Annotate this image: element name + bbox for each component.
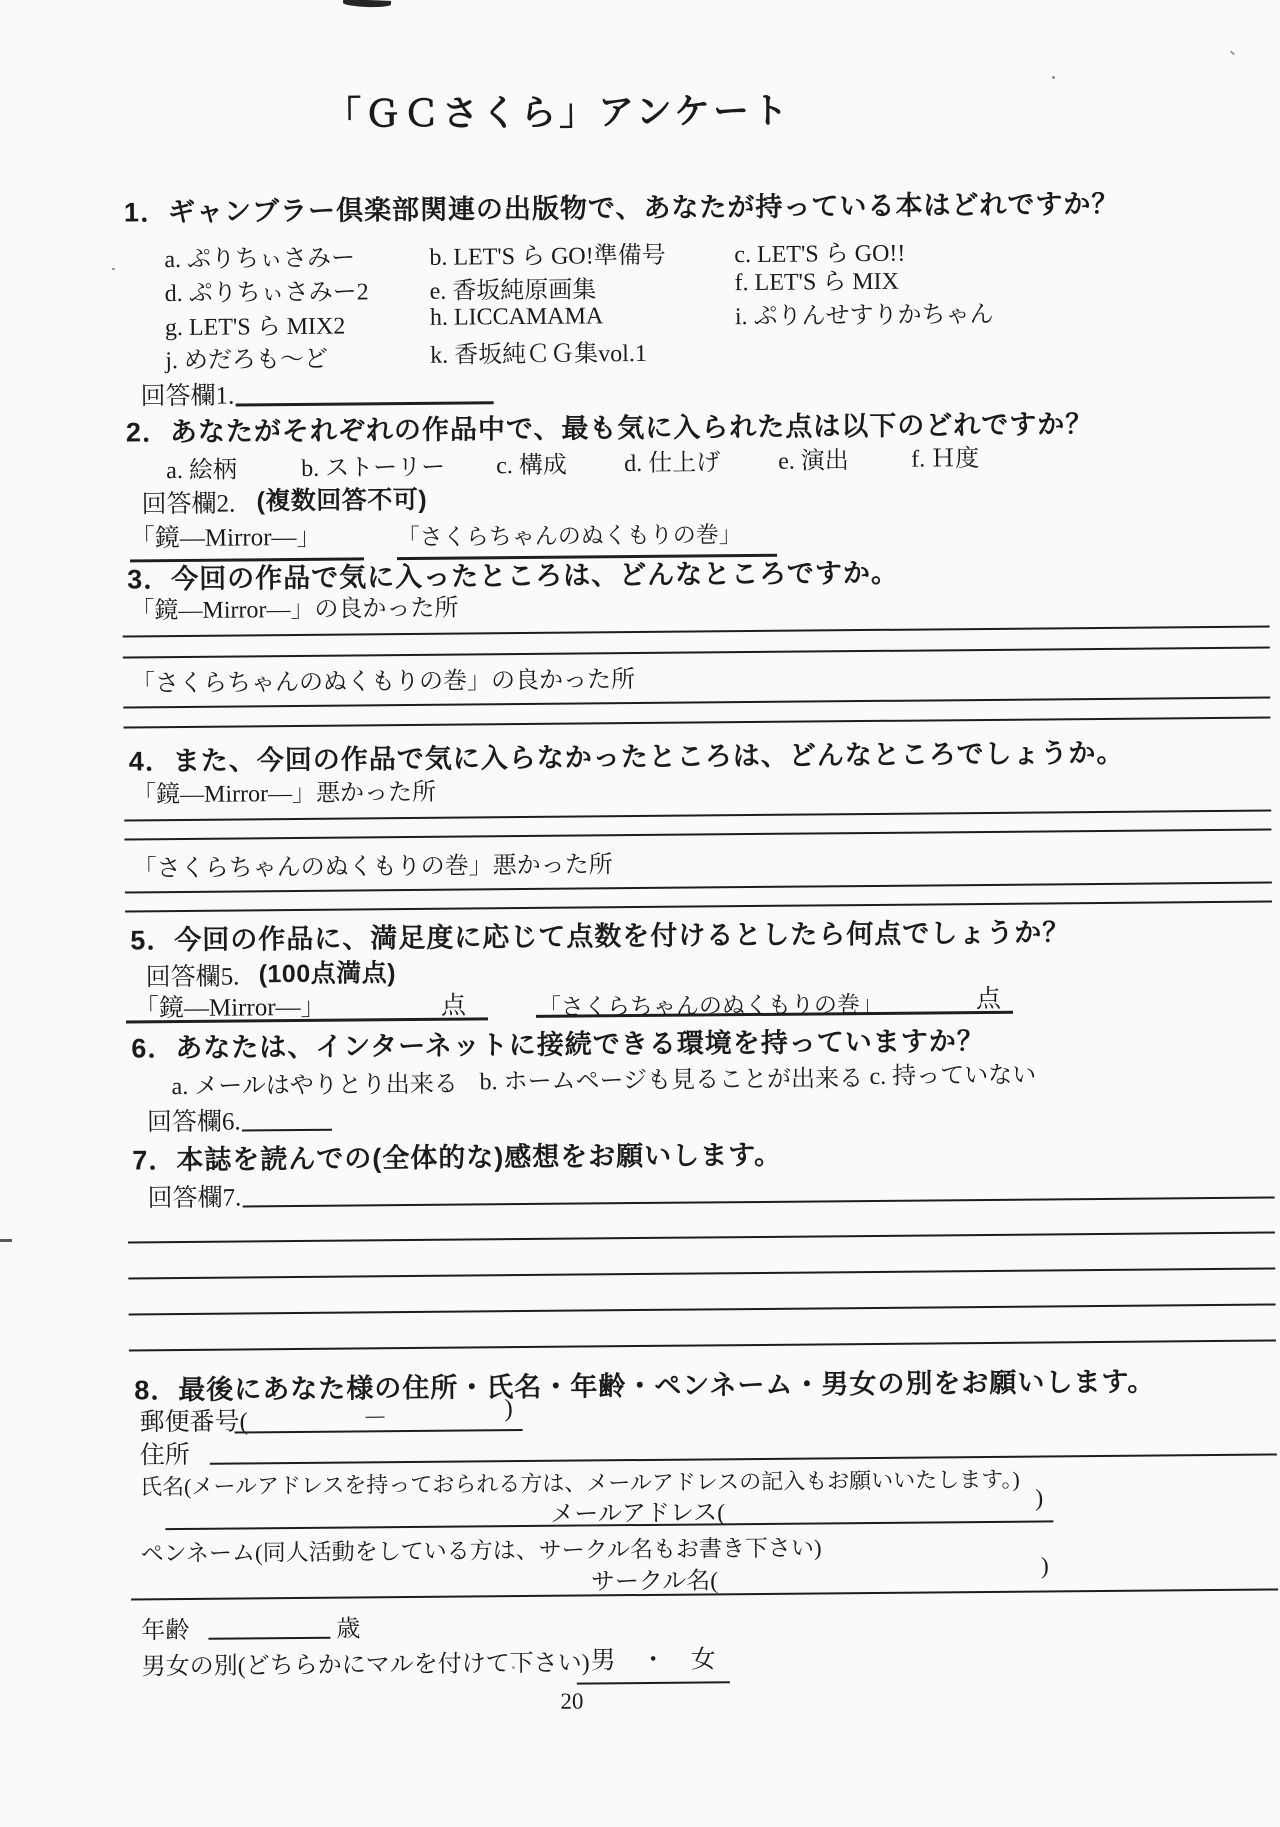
survey-sheet: 「ＧＣさくら」アンケート 1．ギャンブラー倶楽部関連の出版物で、あなたが持ってい… (0, 0, 1280, 1827)
q1-option-h: h. LICCAMAMA (430, 303, 604, 332)
scanned-survey-page: 「ＧＣさくら」アンケート 1．ギャンブラー倶楽部関連の出版物で、あなたが持ってい… (0, 0, 1280, 1827)
q6-option-c: c. 持っていない (869, 1055, 1036, 1091)
question-5-heading: 5．今回の作品に、満足度に応じて点数を付けるとしたら何点でしょうか？ (130, 910, 1070, 957)
age-line (208, 1637, 330, 1640)
postal-code-close-paren: ) (504, 1395, 513, 1423)
ruled-line (128, 1231, 1275, 1243)
q7-answer-label: 回答欄7. (147, 1177, 241, 1214)
q3-field1-label: 「鏡―Mirror―」の良かった所 (130, 596, 458, 625)
q3-field2-label: 「さくらちゃんのぬくもりの巻」の良かった所 (131, 667, 635, 697)
circle-name-close-paren: ) (1041, 1553, 1049, 1580)
q2-answer-label: 回答欄2. (141, 484, 235, 521)
gender-options: 男 ・ 女 (576, 1639, 729, 1684)
q1-answer-label: 回答欄1. (140, 376, 234, 413)
address-label: 住所 (140, 1435, 190, 1471)
q5-points-suffix2: 点 (976, 979, 1001, 1015)
postal-code-dash: － (362, 1398, 387, 1434)
q2-option-c: c. 構成 (496, 445, 567, 481)
ruled-line (124, 828, 1271, 840)
age-suffix: 歳 (336, 1608, 360, 1643)
q1-option-i: i. ぷりんせすりかちゃん (735, 294, 994, 331)
question-1-heading: 1．ギャンブラー倶楽部関連の出版物で、あなたが持っている本はどれですか？ (124, 182, 1120, 230)
q1-option-e: e. 香坂純原画集 (430, 269, 597, 305)
q3-field1-line: 「鏡―Mirror―」の良かった所 (122, 580, 1269, 637)
q1-option-a: a. ぷりちぃさみー (164, 237, 355, 274)
email-close-paren: ) (1035, 1486, 1043, 1513)
address-line (210, 1453, 1277, 1464)
q5-points-suffix1: 点 (441, 986, 466, 1022)
q1-option-k: k. 香坂純ＣＧ集vol.1 (430, 333, 647, 370)
q6-option-b: b. ホームページも見ることが出来る (479, 1058, 863, 1096)
q2-answer-note: (複数回答不可) (256, 480, 427, 517)
q4-field2-label: 「さくらちゃんのぬくもりの巻」悪かった所 (133, 852, 613, 882)
postal-code-label: 郵便番号( (139, 1401, 248, 1438)
ruled-line (129, 1339, 1276, 1351)
page-number: 20 (7, 1684, 1137, 1720)
q2-option-d: d. 仕上げ (624, 442, 720, 478)
q5-answer-note: (100点満点) (258, 953, 396, 990)
ruled-line (128, 1267, 1275, 1279)
q2-option-f: f. Ｈ度 (911, 438, 979, 474)
q6-answer-line (242, 1129, 332, 1132)
gender-label: 男女の別(どちらかにマルを付けて下さい) (141, 1642, 589, 1681)
q3-field2-line: 「さくらちゃんのぬくもりの巻」の良かった所 (123, 653, 1270, 708)
q1-option-g: g. LET'S ら MIX2 (165, 306, 346, 343)
age-label: 年齢 (141, 1610, 189, 1645)
ruled-line (123, 716, 1270, 728)
q4-field1-label: 「鏡―Mirror―」悪かった所 (132, 780, 436, 809)
ruled-line (125, 900, 1272, 912)
q4-field2-line: 「さくらちゃんのぬくもりの巻」悪かった所 (125, 838, 1272, 893)
q1-answer-line (236, 401, 494, 406)
q6-option-a: a. メールはやりとり出来る (171, 1064, 457, 1101)
q1-option-d: d. ぷりちぃさみー2 (165, 271, 369, 308)
q2-option-e: e. 演出 (778, 440, 849, 476)
q6-answer-label: 回答欄6. (147, 1101, 241, 1138)
ruled-line (129, 1303, 1276, 1315)
circle-name-label: サークル名( (591, 1560, 719, 1596)
q1-option-j: j. めだろも～ど (165, 339, 328, 375)
q2-option-b: b. ストーリー (301, 447, 445, 483)
q1-option-f: f. LET'S ら MIX (734, 261, 899, 297)
q1-option-b: b. LET'S ら GO!準備号 (429, 235, 666, 272)
q2-option-a: a. 絵柄 (166, 450, 237, 486)
question-7-heading: 7．本誌を読んでの(全体的な)感想をお願いします。 (132, 1133, 782, 1178)
q7-answer-line (243, 1196, 1275, 1207)
question-8-heading: 8．最後にあなた様の住所・氏名・年齢・ペンネーム・男女の別をお願いします。 (134, 1360, 1155, 1408)
penname-field-note: ペンネーム(同人活動をしている方は、サークル名もお書き下さい) (141, 1529, 822, 1568)
q4-field1-line: 「鏡―Mirror―」悪かった所 (124, 764, 1271, 821)
page-title: 「ＧＣさくら」アンケート (0, 80, 1123, 141)
